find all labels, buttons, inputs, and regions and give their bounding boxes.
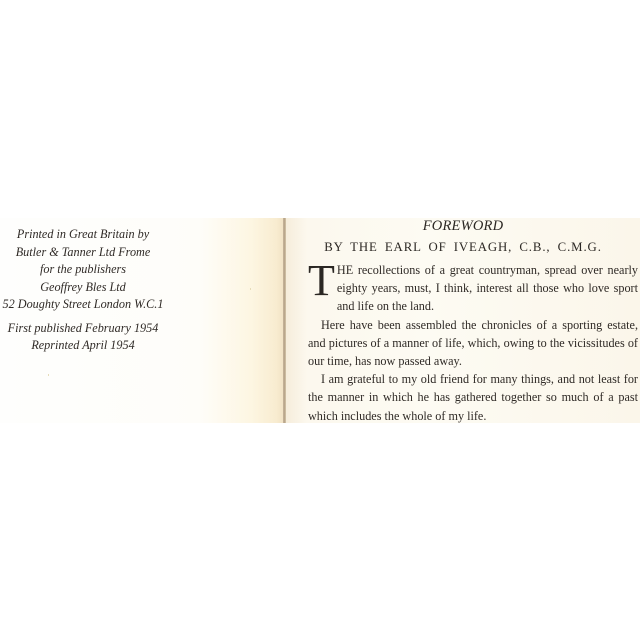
imprint-line: for the publishers [0,261,166,279]
foreword-byline: BY THE EARL OF IVEAGH, C.B., C.M.G. [286,240,640,255]
publication-date: First published February 1954 [0,320,166,338]
imprint-line: Butler & Tanner Ltd Frome [0,244,166,262]
left-page: Printed in Great Britain by Butler & Tan… [0,218,285,423]
paragraph: Here have been assembled the chronicles … [308,316,638,371]
imprint-line: 52 Doughty Street London W.C.1 [0,296,166,314]
foreword-title: FOREWORD [286,218,640,235]
printer-imprint: Printed in Great Britain by Butler & Tan… [0,226,166,355]
right-page: FOREWORD BY THE EARL OF IVEAGH, C.B., C.… [286,218,640,423]
paragraph-text: HE recollections of a great countryman, … [337,263,638,313]
reprint-date: Reprinted April 1954 [0,337,166,355]
imprint-line: Geoffrey Bles Ltd [0,279,166,297]
book-spread: Printed in Great Britain by Butler & Tan… [0,218,640,423]
drop-cap: T [308,264,335,300]
paper-speck [250,288,251,290]
paragraph: I am grateful to my old friend for many … [308,370,638,425]
imprint-line: Printed in Great Britain by [0,226,166,244]
paper-speck [48,374,49,376]
paragraph: THE recollections of a great countryman,… [308,261,638,316]
foreword-body: THE recollections of a great countryman,… [308,261,638,425]
